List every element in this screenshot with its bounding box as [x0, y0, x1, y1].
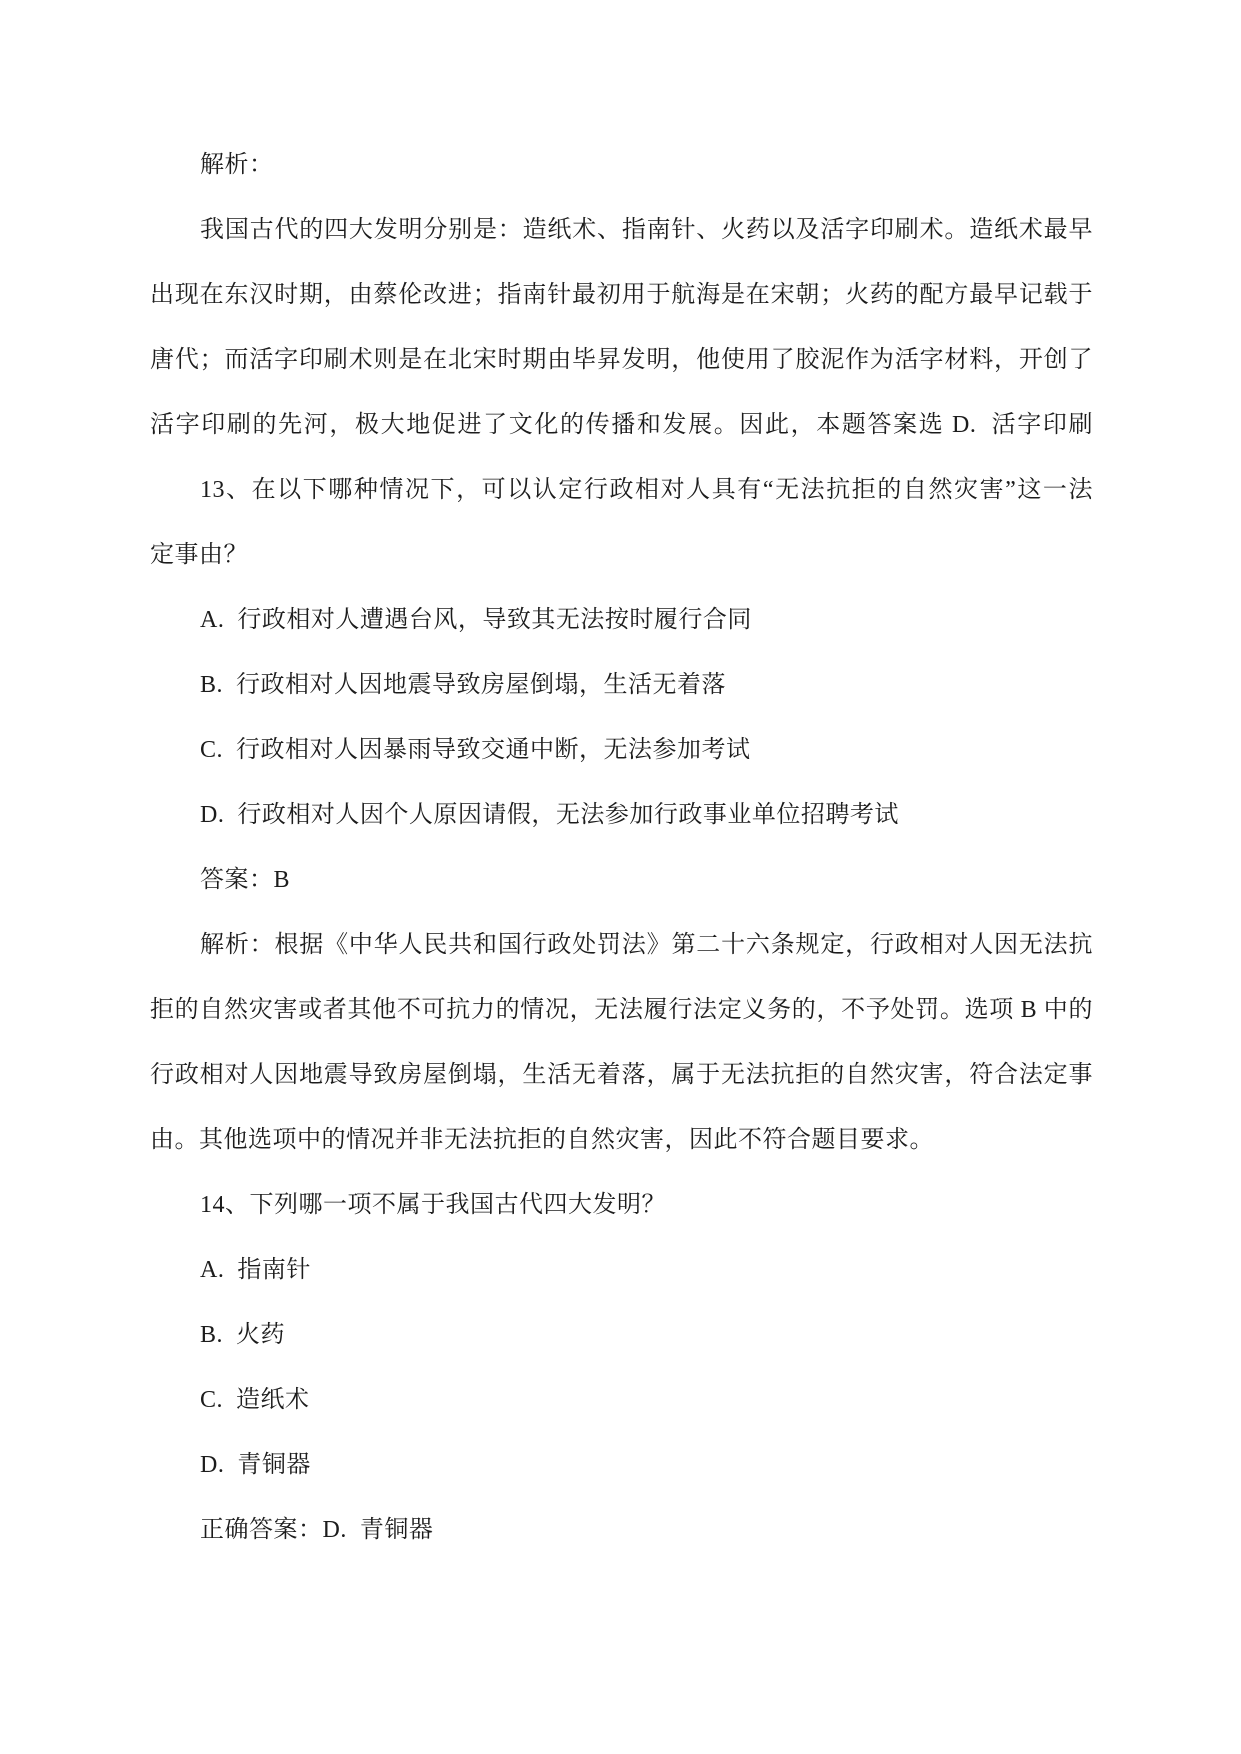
q13-analysis-line-3: 行政相对人因地震导致房屋倒塌，生活无着落，属于无法抗拒的自然灾害，符合法定事 [150, 1043, 1093, 1108]
document-text-block: 解析：我国古代的四大发明分别是：造纸术、指南针、火药以及活字印刷术。造纸术最早出… [150, 133, 1093, 1563]
q13-stem-line-1: 13、在以下哪种情况下，可以认定行政相对人具有“无法抗拒的自然灾害”这一法 [150, 458, 1093, 523]
q14-stem: 14、下列哪一项不属于我国古代四大发明？ [150, 1173, 1093, 1238]
q13-option-c: C. 行政相对人因暴雨导致交通中断，无法参加考试 [150, 718, 1093, 783]
q14-option-a: A. 指南针 [150, 1238, 1093, 1303]
q13-analysis-line-2: 拒的自然灾害或者其他不可抗力的情况，无法履行法定义务的，不予处罚。选项 B 中的 [150, 978, 1093, 1043]
q14-answer: 正确答案：D. 青铜器 [150, 1498, 1093, 1563]
q13-stem-line-2: 定事由？ [150, 523, 1093, 588]
q12-analysis-line-2: 出现在东汉时期，由蔡伦改进；指南针最初用于航海是在宋朝；火药的配方最早记载于 [150, 263, 1093, 328]
q13-answer: 答案：B [150, 848, 1093, 913]
q13-analysis-line-1: 解析：根据《中华人民共和国行政处罚法》第二十六条规定，行政相对人因无法抗 [150, 913, 1093, 978]
q13-option-b: B. 行政相对人因地震导致房屋倒塌，生活无着落 [150, 653, 1093, 718]
q13-option-d: D. 行政相对人因个人原因请假，无法参加行政事业单位招聘考试 [150, 783, 1093, 848]
q12-analysis-line-1: 我国古代的四大发明分别是：造纸术、指南针、火药以及活字印刷术。造纸术最早 [150, 198, 1093, 263]
q13-analysis-line-4: 由。其他选项中的情况并非无法抗拒的自然灾害，因此不符合题目要求。 [150, 1108, 1093, 1173]
q14-option-c: C. 造纸术 [150, 1368, 1093, 1433]
q12-analysis-line-3: 唐代；而活字印刷术则是在北宋时期由毕昇发明，他使用了胶泥作为活字材料，开创了 [150, 328, 1093, 393]
q13-option-a: A. 行政相对人遭遇台风，导致其无法按时履行合同 [150, 588, 1093, 653]
q12-analysis-line-4: 活字印刷的先河，极大地促进了文化的传播和发展。因此，本题答案选 D. 活字印刷术… [150, 393, 1093, 458]
q14-option-b: B. 火药 [150, 1303, 1093, 1368]
q14-option-d: D. 青铜器 [150, 1433, 1093, 1498]
document-page: 解析：我国古代的四大发明分别是：造纸术、指南针、火药以及活字印刷术。造纸术最早出… [0, 0, 1241, 1754]
q12-analysis-label: 解析： [150, 133, 1093, 198]
